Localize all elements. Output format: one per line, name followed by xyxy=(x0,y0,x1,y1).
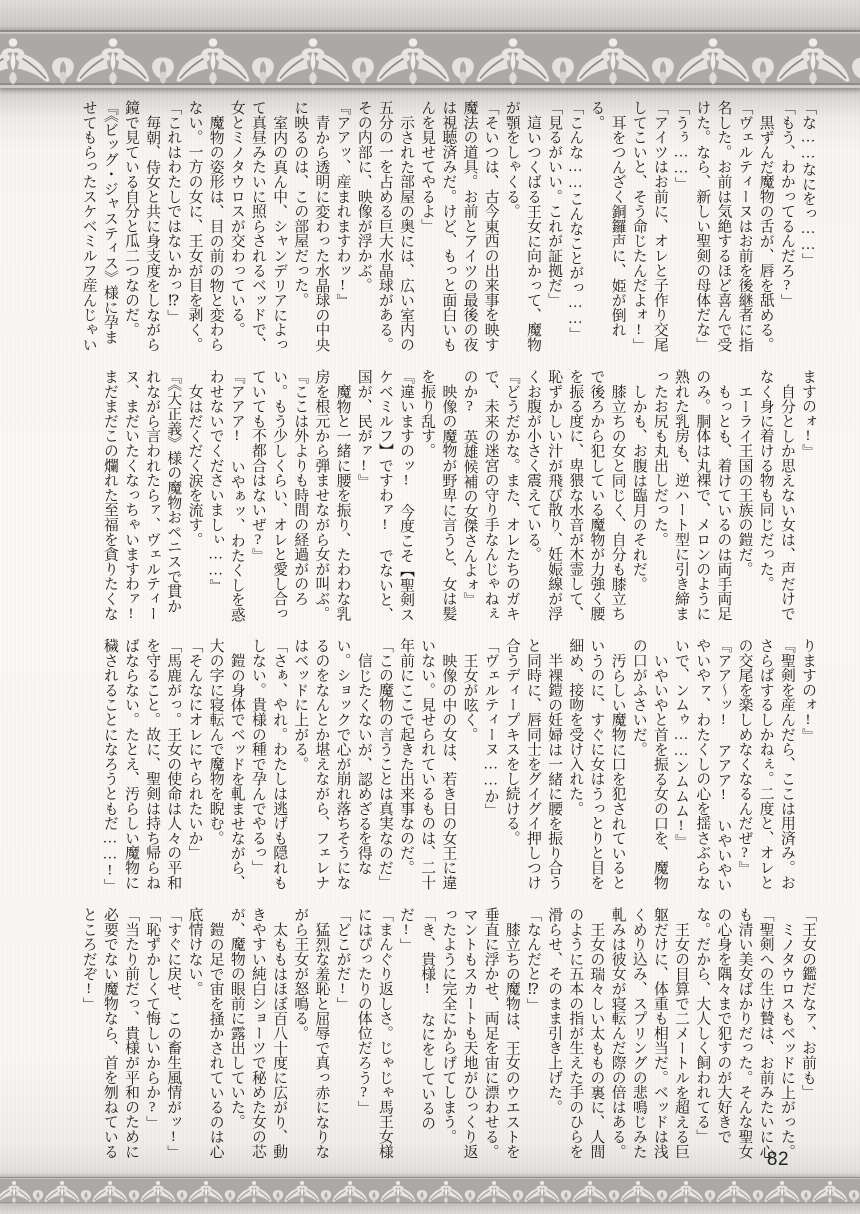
paragraph: 「もう、わかってるんだろ?」 xyxy=(776,100,797,354)
paragraph: 室内の真ん中、シャンデリアによって真昼みたいに照らされるベッドで、女とミノタウロ… xyxy=(226,100,289,354)
paragraph: 「アイツはお前に、オレと子作り交尾してこいと、そう命じたんだよォ!」 xyxy=(628,100,670,354)
paragraph: 「な……なにをっ……」 xyxy=(797,100,818,354)
paragraph: 汚らしい魔物に口を犯されているというのに、すぐに女はうっとりと目を細め、接吻を受… xyxy=(564,638,627,892)
paragraph: 『《大正義》様の魔物おペニスで貫かれながら言われたらァ、ヴェルティーヌ、まだいた… xyxy=(99,369,184,623)
ornamental-border-bottom xyxy=(0,1177,860,1205)
paragraph: 鎧の足で宙を掻かされているのは心底情けない。 xyxy=(183,907,225,1161)
paragraph: 王女の目算で二メートルを超える巨躯だけに、体重も相当だ。ベッドは浅くめり込み、ス… xyxy=(606,907,691,1161)
paragraph: 「そんなにオレにヤられたいか」 xyxy=(183,638,204,892)
paragraph: 「恥ずかしくて悔しいからか?」 xyxy=(141,907,162,1161)
paragraph: もっとも、着けているのは両手両足のみ。胴体は丸裸で、メロンのように熟れた乳房も、… xyxy=(649,369,734,623)
paragraph: 「そいつは、古今東西の出来事を映す魔法の道具。お前とアイツの最後の夜は視聴済みだ… xyxy=(416,100,501,354)
book-page: 「な……なにをっ……」「もう、わかってるんだろ?」黒ずんだ魔物の舌が、唇を舐める… xyxy=(0,0,860,1214)
paragraph: 『ここは外よりも時間の経過がのろい。もう少しくらい、オレと愛し合っていても不都合… xyxy=(247,369,310,623)
paragraph: 「これはわたしではないかっ⁉」 xyxy=(162,100,183,354)
paragraph: 王女の瑞々しい太ももの裏に、人間のように五本の指が生えた手のひらを滑らせ、そのま… xyxy=(543,907,606,1161)
paragraph: 『どうだかな。また、オレたちのガキで、未来の迷宮の守り手なんじゃねぇのか? 英雄… xyxy=(458,369,521,623)
paragraph: りますのォ!』 xyxy=(797,638,818,892)
paragraph: 青から透明に変わった水晶球の中央に映るのは、この部屋だった。 xyxy=(289,100,331,354)
paragraph: 『違いますのッ! 今度こそ【聖剣スケベミルフ】ですわァ! でないと、国が、民がァ… xyxy=(353,369,416,623)
paragraph: 「この魔物の言うことは真実なのだ」 xyxy=(374,638,395,892)
paragraph: 魔物と一緒に腰を振り、たわわな乳房を根元から弾ませながら女が叫ぶ。 xyxy=(310,369,352,623)
paragraph: 『《ビッグ・ジャスティス》様に孕ませてもらったスケベミルフ産んじゃい xyxy=(78,100,120,354)
paragraph: ますのォ!』 xyxy=(797,369,818,623)
paragraph: 「馬鹿がっ。王女の使命は人々の平和を守ること。故に、聖剣は持ち帰らねばならない。… xyxy=(99,638,184,892)
paragraph: 「どこがだ!」 xyxy=(331,907,352,1161)
paragraph: いやいやと首を振る女の口を、魔物の口がふさいだ。 xyxy=(628,638,670,892)
paragraph: 「ヴェルティーヌはお前を後継者に指名した。お前は気絶するほど喜んで受けた。なら、… xyxy=(691,100,754,354)
paragraph: 膝立ちの女と同じく、自分も膝立ちで後ろから犯している魔物が力強く腰を振る度に、卑… xyxy=(522,369,628,623)
paragraph: 映像の魔物が野卑に言うと、女は髪を振り乱す。 xyxy=(416,369,458,623)
paragraph: 「ヴェルティーヌ……か」 xyxy=(480,638,501,892)
paragraph: 「当たり前だっ、貴様が平和のために必要でない魔物なら、首を刎ねているところだぞ!… xyxy=(78,907,141,1161)
paragraph: 「なんだと⁉」 xyxy=(522,907,543,1161)
page-number: 82 xyxy=(758,1149,798,1171)
paragraph: 「うぅ……」 xyxy=(670,100,691,354)
paragraph: しかも、お腹は臨月のそれだ。 xyxy=(628,369,649,623)
paragraph: 「こんな……こんなことがっ……」 xyxy=(564,100,585,354)
paragraph: 信じたくないが、認めざるを得ない。ショックで心が崩れ落ちそうになるのをなんとか堪… xyxy=(289,638,374,892)
paragraph: 魔物の姿形は、目の前の物と変わらない。一方の女に、王女が目を剥く。 xyxy=(183,100,225,354)
paragraph: 『アアッ、産まれますわッ!』 xyxy=(331,100,352,354)
paragraph: 這いつくばる王女に向かって、魔物が顎をしゃくる。 xyxy=(501,100,543,354)
paragraph: 「すぐに戻せ、この畜生風情がッ!」 xyxy=(162,907,183,1161)
paragraph: 「まんぐり返しさ。じゃじゃ馬王女様にはぴったりの体位だろう?」 xyxy=(353,907,395,1161)
vertical-text-band-1: 「な……なにをっ……」「もう、わかってるんだろ?」黒ずんだ魔物の舌が、唇を舐める… xyxy=(44,100,818,354)
vertical-text-band-3: りますのォ!』『聖剣を産んだら、ここは用済み。おさらばするしかねぇ。二度と、オレ… xyxy=(44,638,818,892)
paragraph: 半裸鎧の妊婦は一緒に腰を振り合うと同時に、唇同士をグイグイ押しつけ合うディープキ… xyxy=(501,638,564,892)
paragraph: 「王女の鑑だなァ、お前も」 xyxy=(797,907,818,1161)
paragraph: ミノタウロスもベッドに上がった。 xyxy=(776,907,797,1161)
paragraph: 映像の中の女は、若き日の女王に違いない。見せられているものは、二十年前にここで起… xyxy=(395,638,458,892)
paragraph: 王女が呟く。 xyxy=(458,638,479,892)
paragraph: 『アアア! いやぁッ、わたくしを惑わせないでくださいましぃ……』 xyxy=(204,369,246,623)
paragraph: 膝立ちの魔物は、王女のウエストを垂直に浮かせ、両足を宙に漂わせる。マントもスカー… xyxy=(437,907,522,1161)
paragraph: 太ももはほぼ百八十度に広がり、動きやすい純白ショーツで秘めた女の芯が、魔物の眼前… xyxy=(226,907,289,1161)
paragraph: 『アア〜ッ! アアア! いやいやいやいやァ、わたくしの心を揺さぶらないで、ンムゥ… xyxy=(670,638,733,892)
paragraph: 「さぁ、やれ。わたしは逃げも隠れもしない。貴様の種で孕んでやるっ」 xyxy=(247,638,289,892)
paragraph: 「き、貴様! なにをしているのだ!」 xyxy=(395,907,437,1161)
paragraph: 女はだくだく涙を流す。 xyxy=(183,369,204,623)
paragraph: 猛烈な羞恥と屈辱で真っ赤になりながら王女が怒鳴る。 xyxy=(289,907,331,1161)
paragraph: 鎧の身体でベッドを軋ませながら、大の字に寝転んで魔物を睨む。 xyxy=(204,638,246,892)
paragraph: 自分としか思えない女は、声だけでなく身に着ける物も同じだった。 xyxy=(755,369,797,623)
paragraph: 毎朝、侍女と共に身支度をしながら鏡で見ている自分と瓜二つなのだ。 xyxy=(120,100,162,354)
ornamental-border-top xyxy=(0,30,860,88)
paragraph: 「聖剣への生け贄は、お前みたいに心も清い美女ばかりだった。そんな聖女の心身を隅々… xyxy=(691,907,776,1161)
paragraph: エーライ王国の王族の鎧だ。 xyxy=(733,369,754,623)
paragraph: 耳をつんざく銅鑼声に、姫が倒れる。 xyxy=(585,100,627,354)
paragraph: 『聖剣を産んだら、ここは用済み。おさらばするしかねぇ。二度と、オレとの交尾を楽し… xyxy=(733,638,796,892)
paragraph: 「見るがいい。これが証拠だ」 xyxy=(543,100,564,354)
vertical-text-band-4: 「王女の鑑だなァ、お前も」ミノタウロスもベッドに上がった。「聖剣への生け贄は、お… xyxy=(44,907,818,1161)
paragraph: 示された部屋の奥には、広い室内の五分の一を占める巨大水晶球がある。その内部に、映… xyxy=(353,100,416,354)
vertical-text-band-2: ますのォ!』自分としか思えない女は、声だけでなく身に着ける物も同じだった。エーラ… xyxy=(44,369,818,623)
paragraph: 黒ずんだ魔物の舌が、唇を舐める。 xyxy=(755,100,776,354)
